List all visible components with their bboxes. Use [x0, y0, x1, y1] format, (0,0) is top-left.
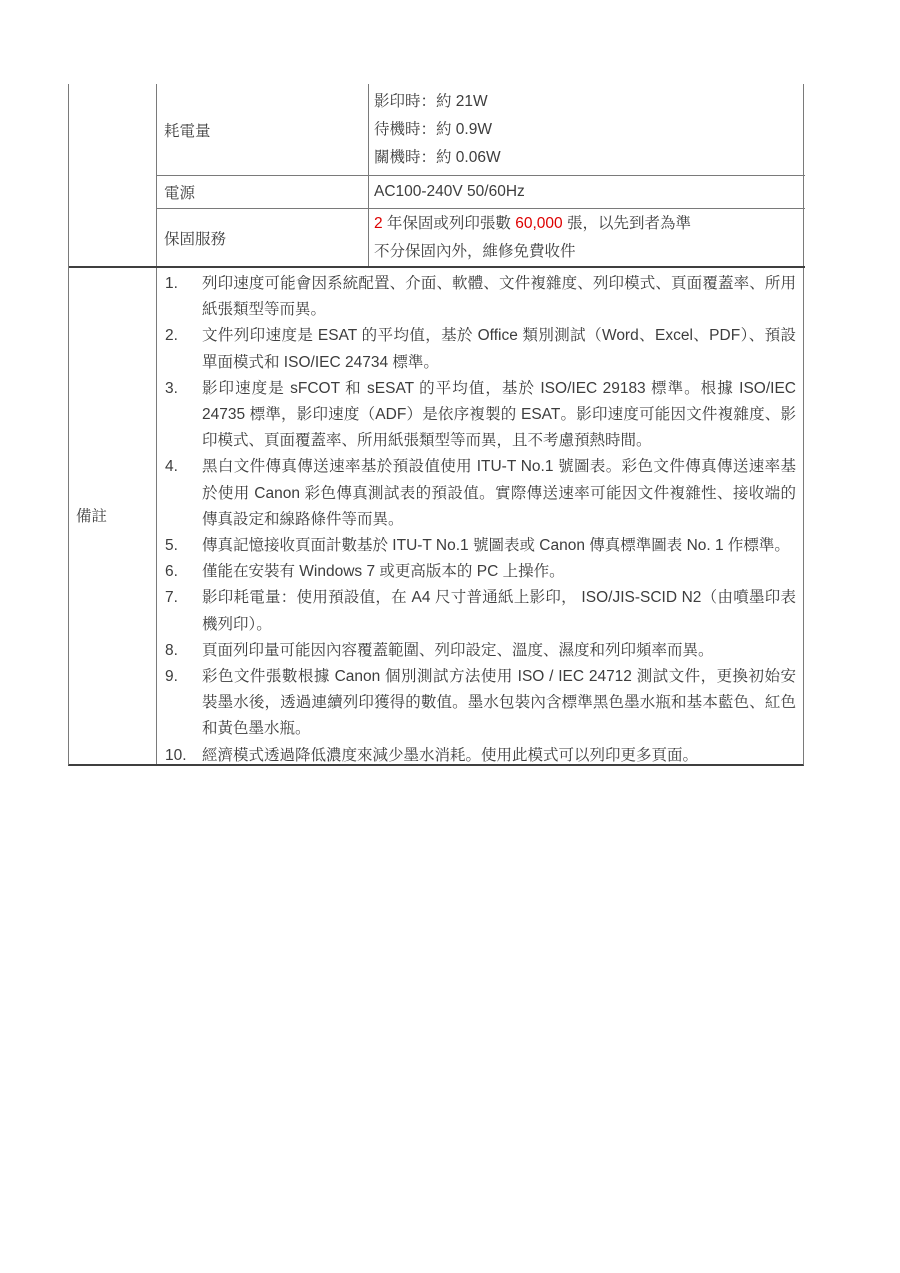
note-number: 8. — [158, 638, 202, 664]
warranty-service-line: 不分保固內外，維修免費收件 — [374, 238, 805, 266]
row-value-warranty: 2 年保固或列印張數 60,000 張，以先到者為準 不分保固內外，維修免費收件 — [369, 209, 805, 266]
note-item: 2. 文件列印速度是 ESAT 的平均值，基於 Office 類別測試（Word… — [158, 323, 805, 375]
warranty-text-segment: 張，以先到者為準 — [563, 215, 691, 232]
note-item: 9. 彩色文件張數根據 Canon 個別測試方法使用 ISO / IEC 247… — [158, 664, 805, 743]
row-label-power-consumption: 耗電量 — [157, 84, 369, 175]
row-value-power-consumption: 影印時：約 21W 待機時：約 0.9W 關機時：約 0.06W — [369, 84, 805, 175]
note-text: 黑白文件傳真傳送速率基於預設值使用 ITU-T No.1 號圖表。彩色文件傳真傳… — [202, 454, 805, 533]
note-item: 3. 影印速度是 sFCOT 和 sESAT 的平均值，基於 ISO/IEC 2… — [158, 376, 805, 455]
note-text: 經濟模式透過降低濃度來減少墨水消耗。使用此模式可以列印更多頁面。 — [202, 743, 805, 766]
power-off-value: 關機時：約 0.06W — [374, 144, 805, 172]
note-item: 7. 影印耗電量：使用預設值，在 A4 尺寸普通紙上影印， ISO/JIS-SC… — [158, 585, 805, 637]
note-number: 4. — [158, 454, 202, 533]
notes-section: 1. 列印速度可能會因系統配置、介面、軟體、文件複雜度、列印模式、頁面覆蓋率、所… — [69, 266, 805, 766]
table-row-power-consumption: 耗電量 影印時：約 21W 待機時：約 0.9W 關機時：約 0.06W — [157, 84, 805, 175]
note-text: 影印速度是 sFCOT 和 sESAT 的平均值，基於 ISO/IEC 2918… — [202, 376, 805, 455]
warranty-pages-highlight: 60,000 — [515, 215, 562, 232]
note-text: 彩色文件張數根據 Canon 個別測試方法使用 ISO / IEC 24712 … — [202, 664, 805, 743]
warranty-terms-line: 2 年保固或列印張數 60,000 張，以先到者為準 — [374, 210, 805, 238]
warranty-text-segment: 年保固或列印張數 — [383, 215, 516, 232]
row-value-power-supply: AC100-240V 50/60Hz — [369, 176, 805, 208]
note-number: 1. — [158, 271, 202, 323]
note-text: 文件列印速度是 ESAT 的平均值，基於 Office 類別測試（Word、Ex… — [202, 323, 805, 375]
table-row-power-supply: 電源 AC100-240V 50/60Hz — [157, 175, 805, 208]
label-text: 保固服務 — [164, 227, 226, 249]
note-number: 7. — [158, 585, 202, 637]
table-row-warranty: 保固服務 2 年保固或列印張數 60,000 張，以先到者為準 不分保固內外，維… — [157, 208, 805, 266]
note-item: 10. 經濟模式透過降低濃度來減少墨水消耗。使用此模式可以列印更多頁面。 — [158, 743, 805, 766]
power-standby-value: 待機時：約 0.9W — [374, 116, 805, 144]
note-item: 6. 僅能在安裝有 Windows 7 或更高版本的 PC 上操作。 — [158, 559, 805, 585]
note-item: 4. 黑白文件傳真傳送速率基於預設值使用 ITU-T No.1 號圖表。彩色文件… — [158, 454, 805, 533]
note-text: 列印速度可能會因系統配置、介面、軟體、文件複雜度、列印模式、頁面覆蓋率、所用紙張… — [202, 271, 805, 323]
note-item: 8. 頁面列印量可能因內容覆蓋範圍、列印設定、溫度、濕度和列印頻率而異。 — [158, 638, 805, 664]
note-number: 2. — [158, 323, 202, 375]
row-label-power-supply: 電源 — [157, 176, 369, 208]
label-text: 耗電量 — [164, 119, 211, 141]
label-text: 電源 — [164, 181, 195, 203]
warranty-years-highlight: 2 — [374, 215, 383, 232]
notes-list: 1. 列印速度可能會因系統配置、介面、軟體、文件複雜度、列印模式、頁面覆蓋率、所… — [158, 268, 805, 766]
note-number: 10. — [158, 743, 202, 766]
row-label-warranty: 保固服務 — [157, 209, 369, 266]
note-text: 傳真記憶接收頁面計數基於 ITU-T No.1 號圖表或 Canon 傳真標準圖… — [202, 533, 805, 559]
note-number: 6. — [158, 559, 202, 585]
note-text: 僅能在安裝有 Windows 7 或更高版本的 PC 上操作。 — [202, 559, 805, 585]
note-text: 影印耗電量：使用預設值，在 A4 尺寸普通紙上影印， ISO/JIS-SCID … — [202, 585, 805, 637]
note-number: 3. — [158, 376, 202, 455]
note-text: 頁面列印量可能因內容覆蓋範圍、列印設定、溫度、濕度和列印頻率而異。 — [202, 638, 805, 664]
printer-spec-table: 耗電量 影印時：約 21W 待機時：約 0.9W 關機時：約 0.06W 電源 … — [68, 84, 804, 766]
spec-rows-section: 耗電量 影印時：約 21W 待機時：約 0.9W 關機時：約 0.06W 電源 … — [157, 84, 805, 266]
note-number: 9. — [158, 664, 202, 743]
note-number: 5. — [158, 533, 202, 559]
power-supply-value: AC100-240V 50/60Hz — [374, 178, 805, 206]
note-item: 5. 傳真記憶接收頁面計數基於 ITU-T No.1 號圖表或 Canon 傳真… — [158, 533, 805, 559]
note-item: 1. 列印速度可能會因系統配置、介面、軟體、文件複雜度、列印模式、頁面覆蓋率、所… — [158, 271, 805, 323]
spec-sheet-page: 耗電量 影印時：約 21W 待機時：約 0.9W 關機時：約 0.06W 電源 … — [0, 0, 900, 1273]
power-copying-value: 影印時：約 21W — [374, 88, 805, 116]
